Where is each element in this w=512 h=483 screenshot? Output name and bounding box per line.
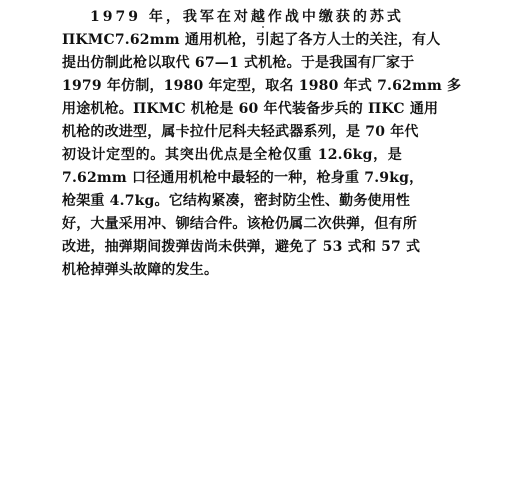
text-line-3: 提出仿制此枪以取代 67—1 式机枪。于是我国有厂家于 xyxy=(62,52,402,75)
text-line-4: 1979 年仿制，1980 年定型，取名 1980 年式 7.62mm 多 xyxy=(62,75,402,98)
text-line-8: 7.62mm 口径通用机枪中最轻的一种，枪身重 7.9kg， xyxy=(62,167,402,190)
scan-speck xyxy=(262,26,264,28)
text-line-2: ПKMC7.62mm 通用机枪，引起了各方人士的关注，有人 xyxy=(62,29,402,52)
text-line-1: 1979 年，我军在对越作战中缴获的苏式 xyxy=(62,6,402,29)
text-line-10: 好，大量采用冲、铆结合件。该枪仍属二次供弹，但有所 xyxy=(62,213,402,236)
text-line-7: 初设计定型的。其突出优点是全枪仅重 12.6kg，是 xyxy=(62,144,402,167)
text-line-11: 改进，抽弹期间拨弹齿尚未供弹，避免了 53 式和 57 式 xyxy=(62,236,402,259)
scan-speck xyxy=(318,192,320,194)
text-line-12: 机枪掉弹头故障的发生。 xyxy=(62,259,402,282)
text-line-6: 机枪的改进型，属卡拉什尼科夫轻武器系列，是 70 年代 xyxy=(62,121,402,144)
text-line-5: 用途机枪。ПKMC 机枪是 60 年代装备步兵的 ПKC 通用 xyxy=(62,98,402,121)
document-page: 1979 年，我军在对越作战中缴获的苏式 ПKMC7.62mm 通用机枪，引起了… xyxy=(0,0,512,483)
text-line-9: 枪架重 4.7kg。它结构紧凑，密封防尘性、勤务使用性 xyxy=(62,190,402,213)
body-paragraph: 1979 年，我军在对越作战中缴获的苏式 ПKMC7.62mm 通用机枪，引起了… xyxy=(62,6,402,282)
